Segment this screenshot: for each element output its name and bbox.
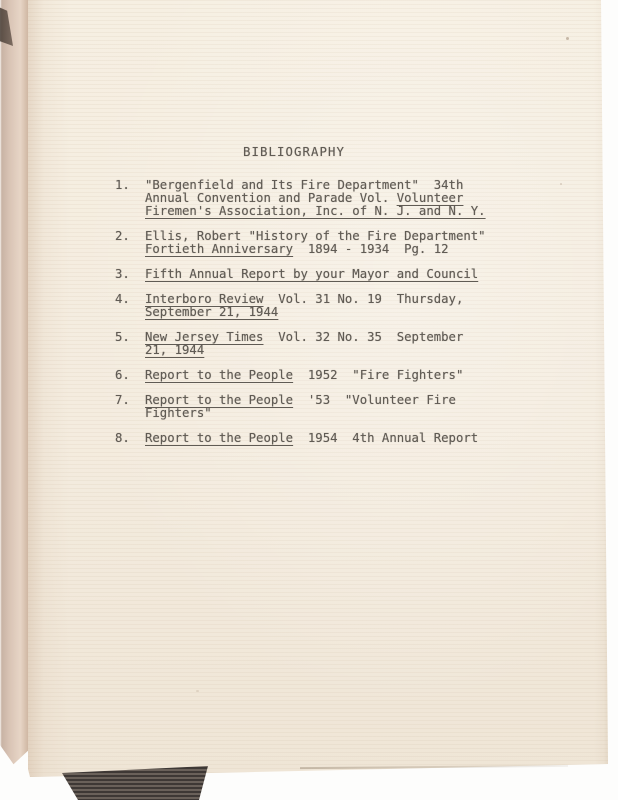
bibliography-entry: 8.Report to the People 1954 4th Annual R… [115,432,595,445]
entry-text-segment: Annual Convention and Parade Vol. [145,191,397,205]
entry-line: Fifth Annual Report by your Mayor and Co… [145,268,478,281]
bibliography-entry: 7.Report to the People '53 "Volunteer Fi… [115,394,595,420]
entry-line: Firemen's Association, Inc. of N. J. and… [145,205,486,218]
entry-text-segment: Report to the People [145,368,293,382]
scanner-background: { "document": { "title": "BIBLIOGRAPHY",… [0,0,618,800]
entry-number: 3. [115,268,145,281]
paper-speck [566,37,569,40]
entry-text-segment: New Jersey Times [145,330,263,344]
entry-text-segment: '53 "Volunteer Fire [293,393,456,407]
entry-lines: Report to the People '53 "Volunteer Fire… [145,394,456,420]
bibliography-entry: 1."Bergenfield and Its Fire Department" … [115,179,595,218]
bibliography-entry: 6.Report to the People 1952 "Fire Fighte… [115,369,595,382]
entry-number: 2. [115,230,145,256]
entry-text-segment: Fifth Annual Report by your Mayor and Co… [145,267,478,281]
entry-text-segment: 1952 "Fire Fighters" [293,368,463,382]
entry-number: 4. [115,293,145,319]
entry-line: 21, 1944 [145,344,463,357]
entry-line: September 21, 1944 [145,306,463,319]
book-page-edge [0,0,30,772]
entry-number: 1. [115,179,145,218]
entry-lines: Report to the People 1954 4th Annual Rep… [145,432,478,445]
entry-text-segment: Vol. 32 No. 35 September [263,330,463,344]
entry-number: 8. [115,432,145,445]
paper-speck [196,690,199,692]
entry-line: Report to the People 1952 "Fire Fighters… [145,369,463,382]
entry-text-segment: 1954 4th Annual Report [293,431,478,445]
entry-text-segment: Firemen's Association, Inc. of N. J. and… [145,204,486,218]
entry-lines: Interboro Review Vol. 31 No. 19 Thursday… [145,293,463,319]
entry-line: Fighters" [145,407,456,420]
scanned-page: BIBLIOGRAPHY 1."Bergenfield and Its Fire… [28,0,610,779]
bibliography-entry: 4.Interboro Review Vol. 31 No. 19 Thursd… [115,293,595,319]
entry-line: Fortieth Anniversary 1894 - 1934 Pg. 12 [145,243,486,256]
entry-text-segment: Interboro Review [145,292,263,306]
entry-text-segment: "Bergenfield and Its Fire Department" 34… [145,178,463,192]
bibliography-entries: 1."Bergenfield and Its Fire Department" … [115,179,595,457]
page-title: BIBLIOGRAPHY [243,145,345,159]
paper-speck [560,183,562,185]
entry-number: 6. [115,369,145,382]
entry-text-segment: 21, 1944 [145,343,204,357]
entry-text-segment: Vol. 31 No. 19 Thursday, [263,292,463,306]
entry-text-segment: 1894 - 1934 Pg. 12 [293,242,448,256]
bibliography-entry: 5.New Jersey Times Vol. 32 No. 35 Septem… [115,331,595,357]
bibliography-entry: 3.Fifth Annual Report by your Mayor and … [115,268,595,281]
entry-text-segment: Report to the People [145,393,293,407]
entry-line: Report to the People 1954 4th Annual Rep… [145,432,478,445]
entry-number: 7. [115,394,145,420]
entry-lines: Report to the People 1952 "Fire Fighters… [145,369,463,382]
entry-text-segment: Volunteer [397,191,464,205]
entry-number: 5. [115,331,145,357]
entry-lines: Fifth Annual Report by your Mayor and Co… [145,268,478,281]
entry-text-segment: September 21, 1944 [145,305,278,319]
entry-text-segment: Report to the People [145,431,293,445]
entry-text-segment: Fortieth Anniversary [145,242,293,256]
entry-lines: "Bergenfield and Its Fire Department" 34… [145,179,486,218]
entry-lines: New Jersey Times Vol. 32 No. 35 Septembe… [145,331,463,357]
entry-text-segment: Ellis, Robert "History of the Fire Depar… [145,229,486,243]
entry-text-segment: Fighters" [145,406,212,420]
bibliography-entry: 2.Ellis, Robert "History of the Fire Dep… [115,230,595,256]
entry-lines: Ellis, Robert "History of the Fire Depar… [145,230,486,256]
